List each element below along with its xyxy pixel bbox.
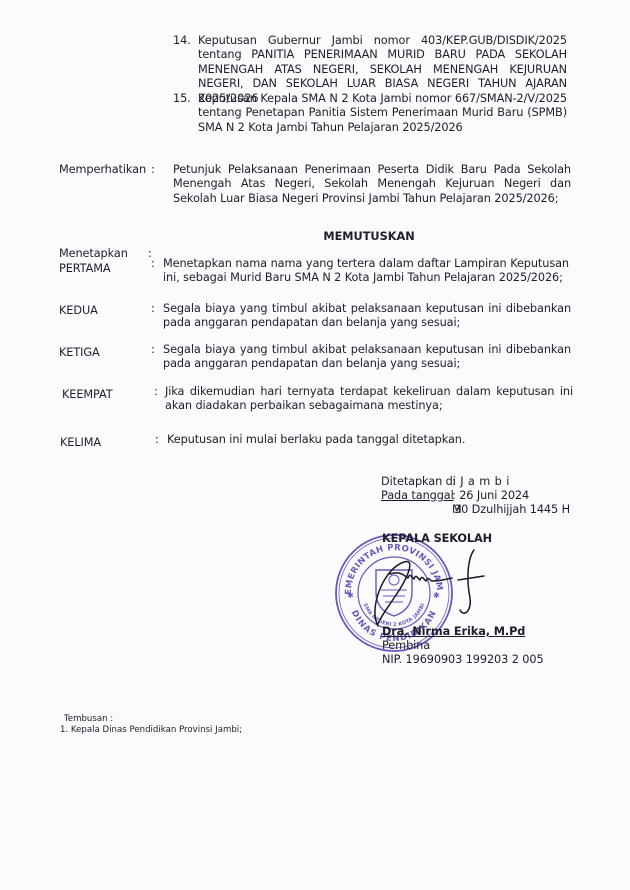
decision-colon: : <box>151 302 155 316</box>
item-text: Keputusan Kepala SMA N 2 Kota Jambi nomo… <box>198 92 567 135</box>
signatory-rank: Pembina <box>382 639 430 653</box>
signatory-name: Dra. Nirma Erika, M.Pd <box>382 625 525 639</box>
item-number: 14. <box>173 34 191 48</box>
decision-text: Jika dikemudian hari ternyata terdapat k… <box>165 385 573 414</box>
decision-label-pertama: PERTAMA <box>59 262 111 276</box>
memperhatikan-label: Memperhatikan <box>59 163 146 177</box>
section-heading: MEMUTUSKAN <box>54 230 630 243</box>
decision-text: Segala biaya yang timbul akibat pelaksan… <box>163 302 571 331</box>
decision-label-kedua: KEDUA <box>59 304 98 318</box>
decision-text: Segala biaya yang timbul akibat pelaksan… <box>163 343 571 372</box>
signatory-nip: NIP. 19690903 199203 2 005 <box>382 653 544 667</box>
memperhatikan-colon: : <box>151 163 155 177</box>
date-label: Pada tanggal <box>381 489 454 502</box>
hijri-date: 30 Dzulhijjah 1445 H <box>454 503 570 517</box>
decision-colon: : <box>155 433 159 447</box>
decision-colon: : <box>151 257 155 271</box>
consideration-item-15: 15. Keputusan Kepala SMA N 2 Kota Jambi … <box>173 92 567 135</box>
place-value: : J a m b i <box>452 475 510 489</box>
tembusan-title: Tembusan : <box>64 714 113 725</box>
tembusan-item-1: 1. Kepala Dinas Pendidikan Provinsi Jamb… <box>60 725 242 736</box>
handwritten-signature-icon <box>364 548 494 633</box>
decision-keempat: : Jika dikemudian hari ternyata terdapat… <box>154 385 573 414</box>
decision-pertama: : Menetapkan nama nama yang tertera dala… <box>151 257 569 286</box>
place-label: Ditetapkan di <box>381 475 456 489</box>
decision-label-keempat: KEEMPAT <box>62 388 113 402</box>
decree-page: 14. Keputusan Gubernur Jambi nomor 403/K… <box>0 0 630 890</box>
decision-kelima: : Keputusan ini mulai berlaku pada tangg… <box>155 433 575 447</box>
date-line: Pada tanggal : 26 Juni 2024 M <box>381 489 541 503</box>
decision-colon: : <box>151 343 155 357</box>
item-number: 15. <box>173 92 191 106</box>
decision-colon: : <box>154 385 158 399</box>
memperhatikan-text: Petunjuk Pelaksanaan Penerimaan Peserta … <box>173 163 571 206</box>
decision-text: Menetapkan nama nama yang tertera dalam … <box>163 257 569 286</box>
decision-label-kelima: KELIMA <box>60 436 101 450</box>
menetapkan-label: Menetapkan <box>59 247 128 261</box>
decision-kedua: : Segala biaya yang timbul akibat pelaks… <box>151 302 571 331</box>
svg-text:✱: ✱ <box>347 591 354 600</box>
decision-label-ketiga: KETIGA <box>59 346 100 360</box>
decision-text: Keputusan ini mulai berlaku pada tanggal… <box>167 433 575 447</box>
signatory-title: KEPALA SEKOLAH <box>382 532 492 546</box>
decision-ketiga: : Segala biaya yang timbul akibat pelaks… <box>151 343 571 372</box>
